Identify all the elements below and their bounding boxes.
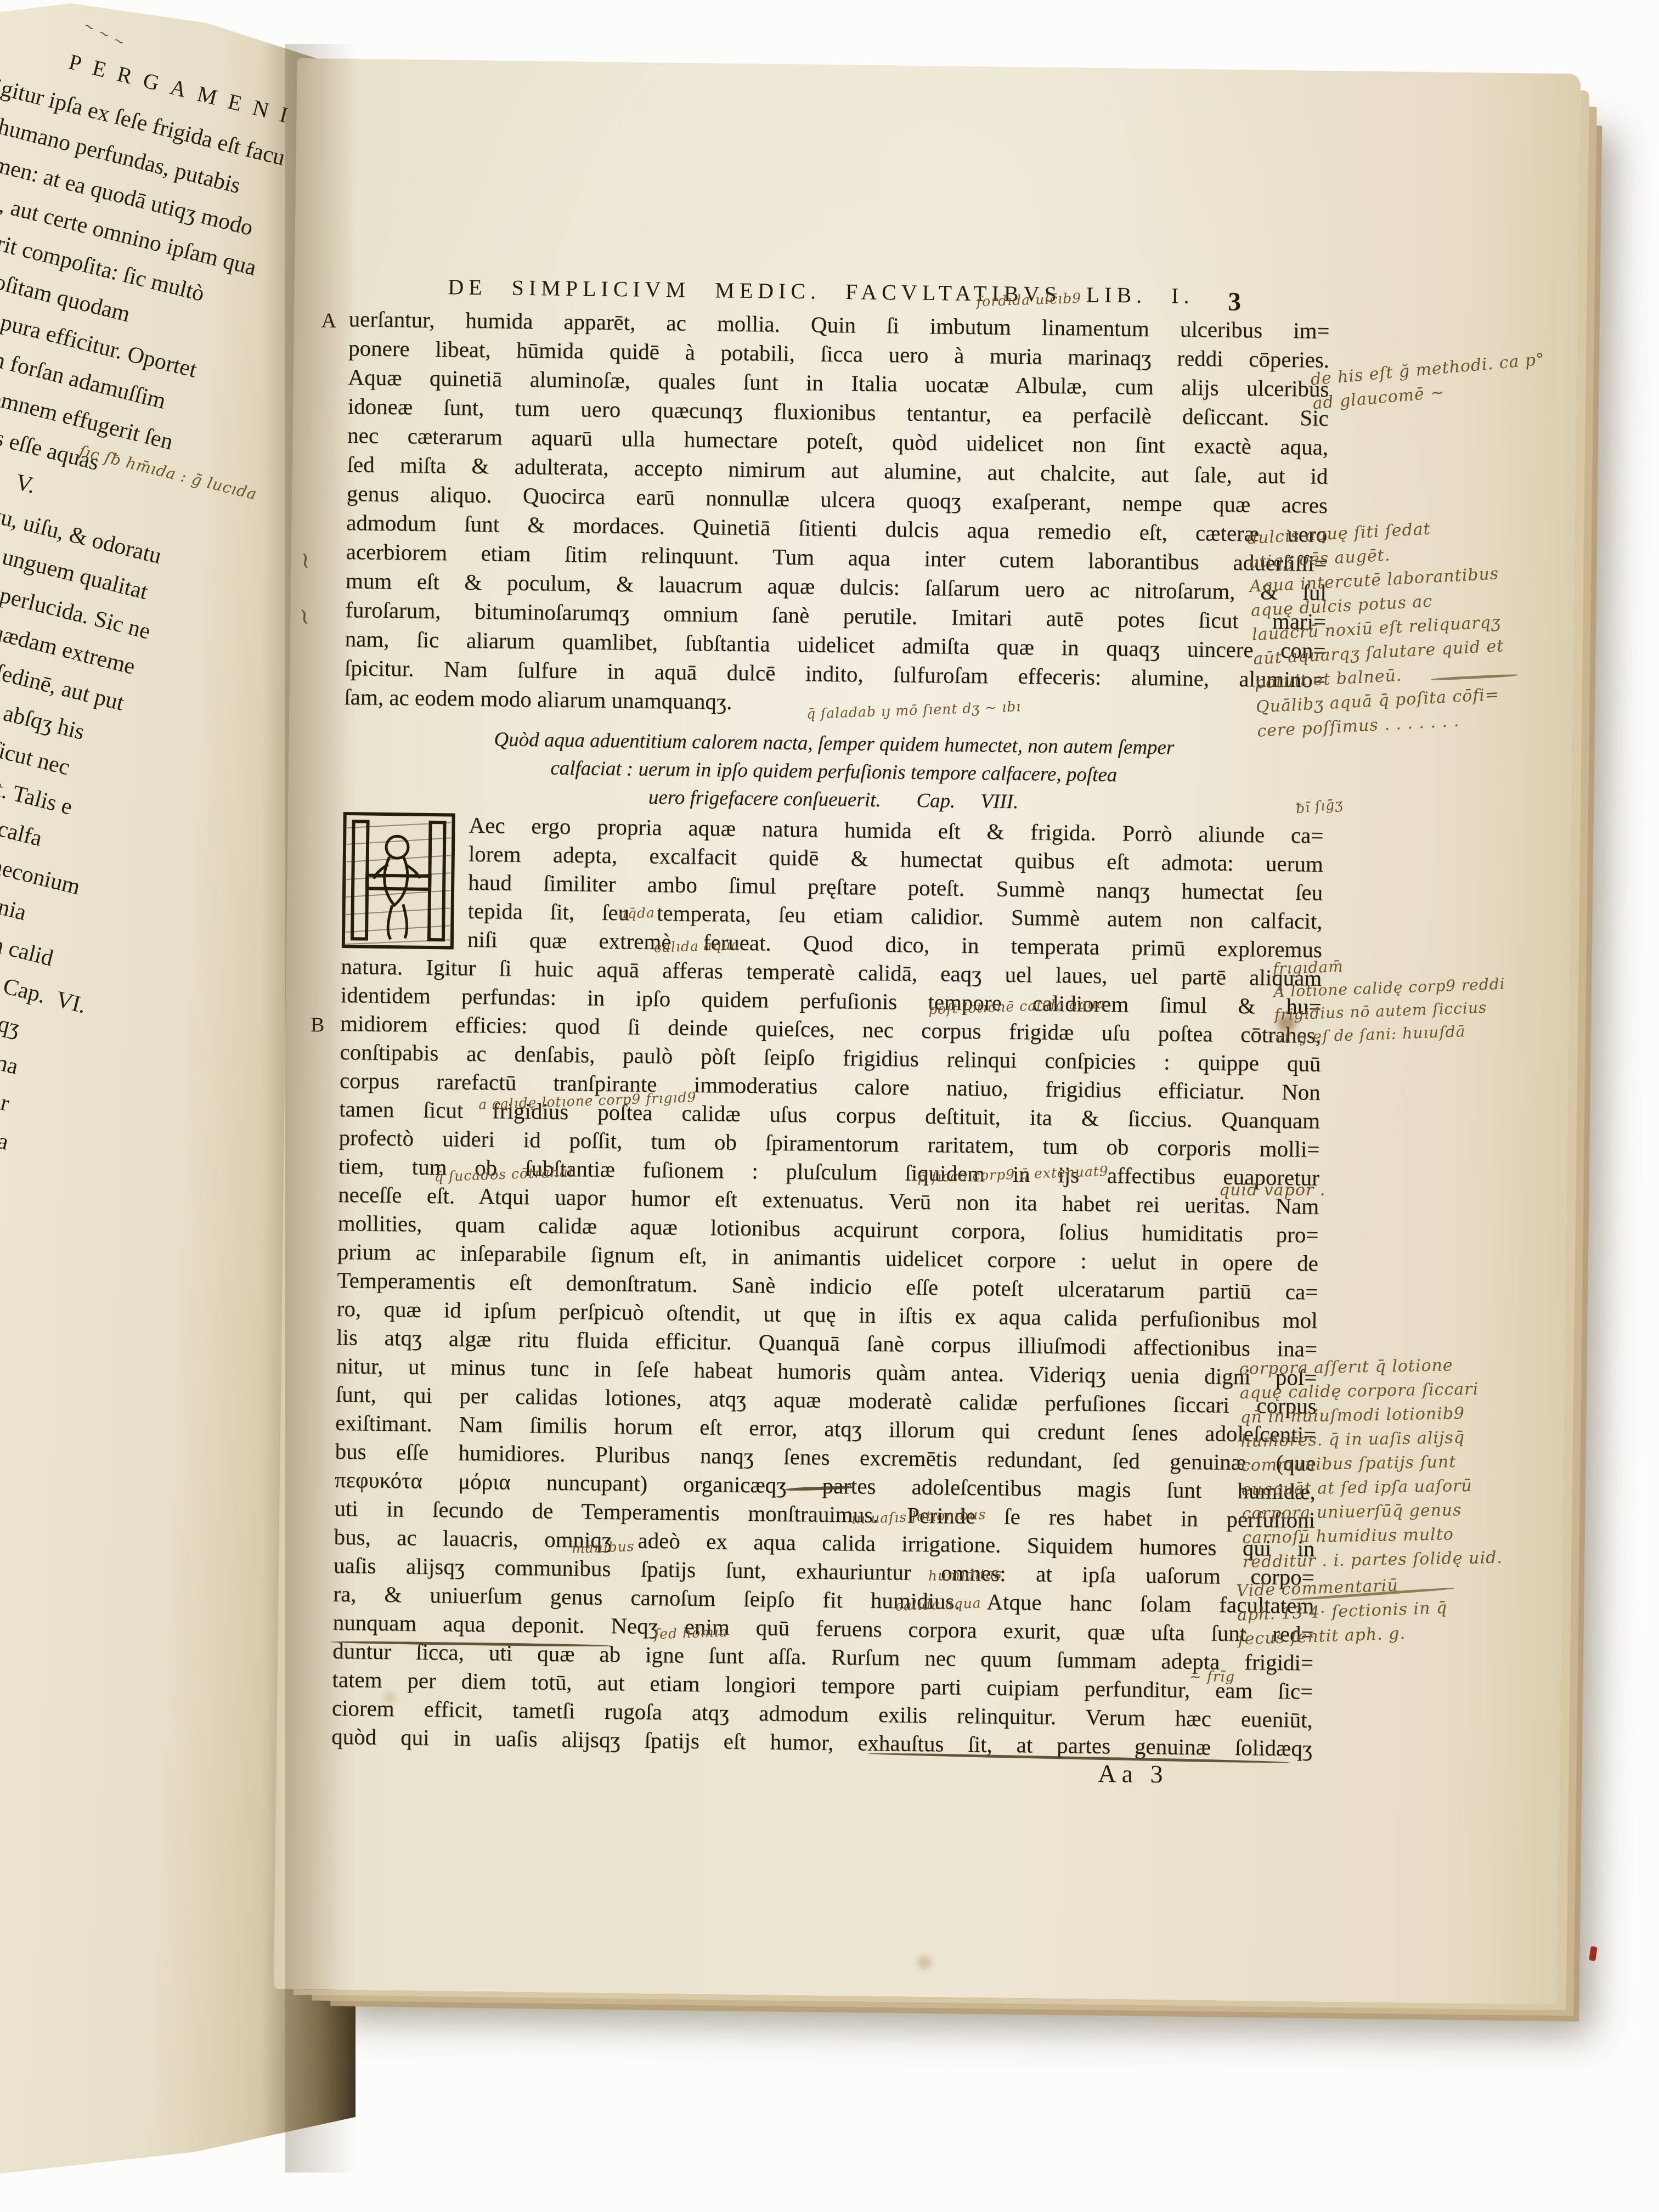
paragraph-a: uerſantur, humida apparēt, ac mollia. Qu…	[344, 304, 1330, 724]
handwritten-interlinear-note: humıdıtas	[928, 1566, 1003, 1585]
ink-stain	[1277, 1015, 1296, 1031]
handwritten-margin-note: Vide commentariū aph. 13·4· ſectionis in…	[1236, 1572, 1449, 1651]
handwritten-interlinear-note: calıda aq̄ua	[654, 936, 741, 956]
paragraph-b-line-group: natura. Igitur ſi huic aquā afferas temp…	[331, 952, 1322, 1763]
handwritten-interlinear-note: manıbus	[572, 1538, 635, 1557]
paper-stain	[917, 1956, 932, 1968]
handwritten-margin-note: quid vapor .	[1219, 1178, 1325, 1203]
handwritten-interlinear-note: calıda aqua	[895, 1595, 982, 1614]
ink-flourish-mark: ~	[292, 550, 321, 572]
handwritten-margin-note: ~ frĩg	[1189, 1665, 1235, 1689]
red-edge-speck	[1589, 1946, 1598, 1961]
gutter-shadow	[285, 44, 357, 2172]
book-photo: PERGAMENI aqua igitur ipſa ex ſeſe frigi…	[0, 0, 1659, 2212]
paragraph-b-capline-group: Aec ergo propria aquæ natura humida eſt …	[341, 809, 1324, 964]
handwritten-margin-note: frıgıdam̄ A lotione calidę corp9 reddi f…	[1272, 950, 1507, 1050]
page-number: 3	[1228, 287, 1242, 317]
paper-stain	[384, 1693, 395, 1703]
chapter-heading: Quòd aqua aduentitium calorem nacta, ſem…	[343, 724, 1325, 820]
paragraph-b: Aec ergo propria aquæ natura humida eſt …	[331, 809, 1324, 1763]
running-title: DE SIMPLICIVM MEDIC. FACVLTATIBVS LIB. I…	[360, 273, 1282, 310]
handwritten-interlinear-note: ſed hōmıa	[654, 1624, 729, 1643]
handwritten-interlinear-note: aq̄da	[618, 905, 655, 922]
handwritten-margin-note: dulcis aquę ſiti ſedat utiqʒ oēs augēt. …	[1246, 513, 1508, 743]
handwritten-margin-note: corpora aſſerıt q̄ lotione aquę calidę c…	[1239, 1353, 1503, 1575]
handwritten-margin-note: ƀı̃ ſıḡʒ	[1295, 792, 1344, 821]
signature-mark: Aa 3	[1098, 1759, 1169, 1789]
